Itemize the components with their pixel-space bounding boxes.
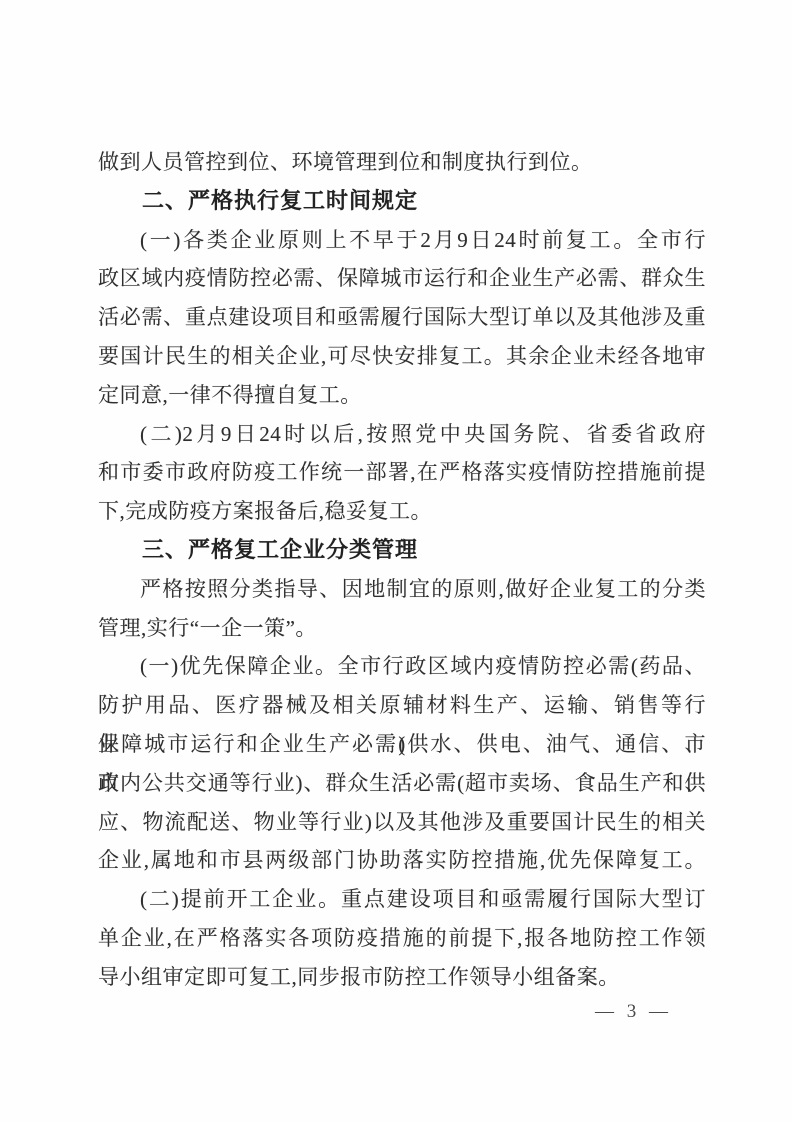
paragraph-line: 导小组审定即可复工,同步报市防控工作领导小组备案。 (98, 958, 706, 997)
paragraph-line: (一)优先保障企业。全市行政区域内疫情防控必需(药品、 (98, 647, 706, 686)
section-heading-3: 三、严格复工企业分类管理 (98, 531, 706, 570)
paragraph-line: 管理,实行“一企一策”。 (98, 609, 706, 648)
paragraph-line: 活必需、重点建设项目和亟需履行国际大型订单以及其他涉及重 (98, 298, 706, 337)
paragraph-line: (一)各类企业原则上不早于2月9日24时前复工。全市行 (98, 221, 706, 260)
paragraph-line: (二)2月9日24时以后,按照党中央国务院、省委省政府 (98, 415, 706, 454)
page-number: — 3 — (595, 1001, 672, 1023)
paragraph-line: 政区域内疫情防控必需、保障城市运行和企业生产必需、群众生 (98, 259, 706, 298)
section-heading-2: 二、严格执行复工时间规定 (98, 182, 706, 221)
paragraph-line: 企业,属地和市县两级部门协助落实防控措施,优先保障复工。 (98, 841, 706, 880)
paragraph-line: 要国计民生的相关企业,可尽快安排复工。其余企业未经各地审 (98, 337, 706, 376)
paragraph-line: (二)提前开工企业。重点建设项目和亟需履行国际大型订 (98, 880, 706, 919)
paragraph-line: 保障城市运行和企业生产必需(供水、供电、油气、通信、市政、 (98, 725, 706, 764)
paragraph-line: 防护用品、医疗器械及相关原辅材料生产、运输、销售等行业)、 (98, 686, 706, 725)
paragraph-line: 单企业,在严格落实各项防疫措施的前提下,报各地防控工作领 (98, 919, 706, 958)
scanned-document-page: 做到人员管控到位、环境管理到位和制度执行到位。 二、严格执行复工时间规定 (一)… (0, 0, 792, 1122)
paragraph-line: 和市委市政府防疫工作统一部署,在严格落实疫情防控措施前提 (98, 453, 706, 492)
paragraph-line: 下,完成防疫方案报备后,稳妥复工。 (98, 492, 706, 531)
paragraph-line: 定同意,一律不得擅自复工。 (98, 376, 706, 415)
paragraph-line: 严格按照分类指导、因地制宜的原则,做好企业复工的分类 (98, 570, 706, 609)
document-body: 做到人员管控到位、环境管理到位和制度执行到位。 二、严格执行复工时间规定 (一)… (98, 143, 706, 997)
paragraph-line: 做到人员管控到位、环境管理到位和制度执行到位。 (98, 143, 706, 182)
paragraph-line: 市内公共交通等行业)、群众生活必需(超市卖场、食品生产和供 (98, 764, 706, 803)
paragraph-line: 应、物流配送、物业等行业)以及其他涉及重要国计民生的相关 (98, 803, 706, 842)
